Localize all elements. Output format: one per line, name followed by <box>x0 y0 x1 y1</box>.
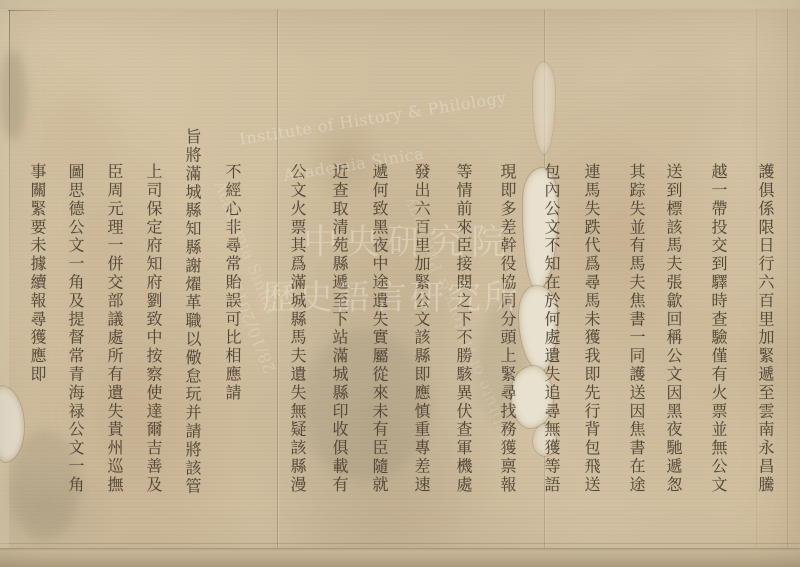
stain <box>300 330 430 480</box>
text-column: 圖思德公文一角及提督常青海禄公文一角 <box>67 163 83 494</box>
manuscript-scan: 護俱係限日行六百里加緊遞至雲南永昌騰越一帶投交到驛時查驗僅有火票並無公文送到標該… <box>0 0 800 567</box>
text-column: 不經心非尋常貽誤可比相應請 <box>224 163 240 402</box>
text-column: 事關緊要未據續報尋獲應即 <box>29 163 45 384</box>
paper-crease <box>787 9 788 548</box>
text-column: 包內公文不知在於何處遺失追尋無獲等語 <box>543 163 559 494</box>
text-column: 越一帶投交到驛時查驗僅有火票並無公文 <box>710 163 726 494</box>
text-column: 其踪失並有馬夫焦書一同護送因焦書在途 <box>628 163 644 494</box>
stain <box>0 50 26 140</box>
paper-backing-bottom <box>0 548 800 567</box>
text-column: 上司保定府知府劉致中按察使達爾吉善及 <box>145 163 161 494</box>
text-column: 等情前來臣接閱之下不勝駭異伏查軍機處 <box>455 163 471 494</box>
corner-crease <box>8 10 62 11</box>
text-column: 公文火票其爲滿城縣馬夫遺失無疑該縣漫 <box>289 163 305 494</box>
paper-seam-left <box>277 9 278 548</box>
text-column: 旨將滿城縣知縣謝燿革職以儆怠玩并請將該管 <box>184 128 200 496</box>
text-column: 現即多差幹役協同分頭上緊尋找務獲禀報 <box>499 163 515 494</box>
text-column: 近查取清苑縣遞至下站滿城縣印收俱載有 <box>331 163 347 494</box>
text-column: 臣周元理一併交部議處所有遺失貴州巡撫 <box>106 163 122 494</box>
text-column: 護俱係限日行六百里加緊遞至雲南永昌騰 <box>757 163 773 494</box>
text-column: 遞何致黑夜中途遺失實屬從來未有臣隨就 <box>371 163 387 494</box>
text-column: 發出六百里加緊公文該縣即應慎重專差速 <box>413 163 429 494</box>
text-column: 送到標該馬夫張歙回稱公文因黑夜馳遞怱 <box>665 163 681 494</box>
paper-crease <box>0 543 800 544</box>
text-column: 連馬失跌代爲尋馬未獲我即先行背包飛送 <box>583 163 599 494</box>
